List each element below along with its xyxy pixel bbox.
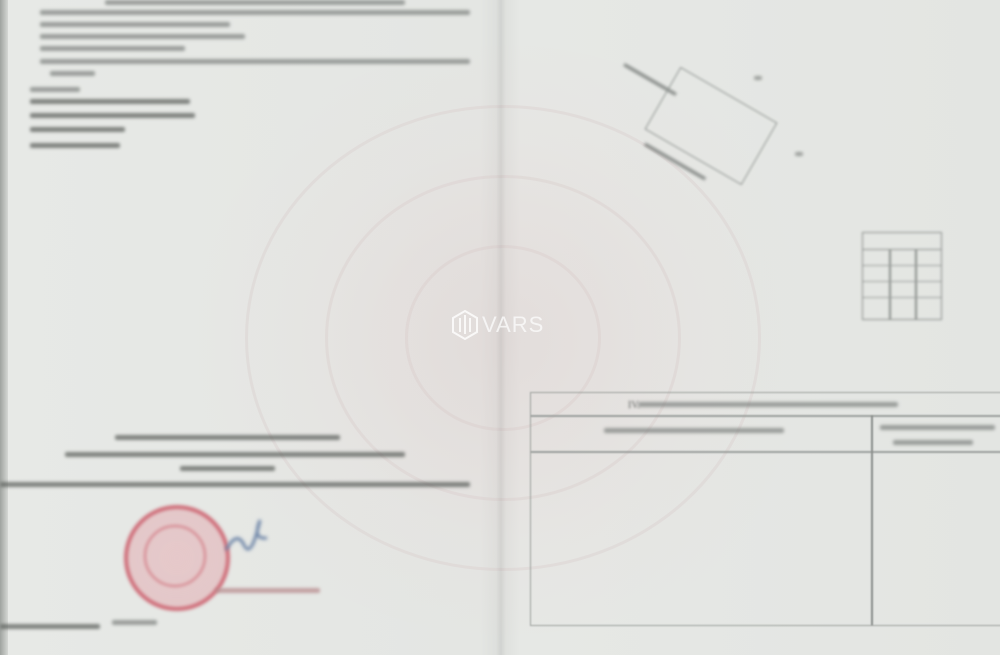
watermark-text: VARS	[482, 312, 544, 338]
signer-name	[215, 588, 320, 593]
certificate-page: VARS IV.	[0, 0, 1000, 655]
signature	[222, 510, 272, 570]
page-edge	[0, 0, 8, 655]
coordinates-table	[862, 232, 942, 320]
official-red-seal	[124, 505, 230, 611]
vars-logo-icon	[452, 310, 478, 340]
vars-watermark: VARS	[452, 310, 544, 340]
